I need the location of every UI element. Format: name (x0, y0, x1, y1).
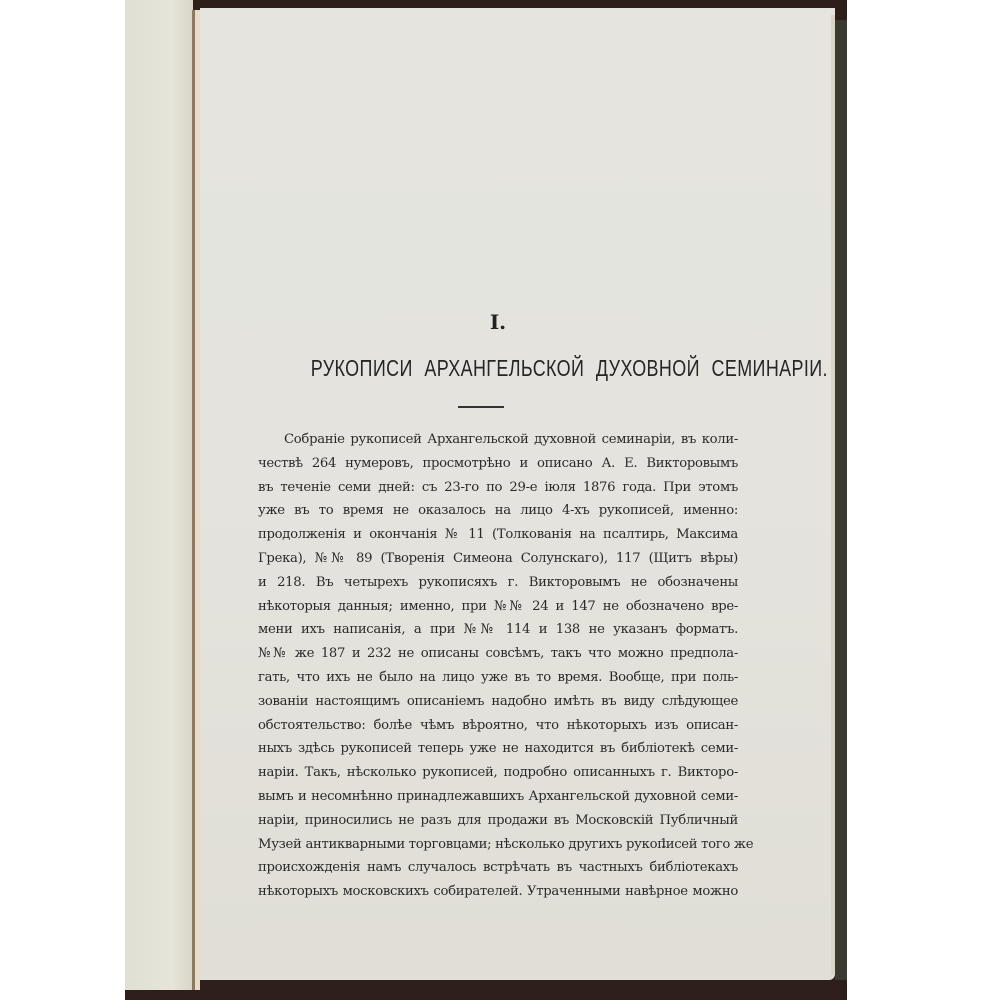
text-line: нѣкоторыя данныя; именно, при №№ 24 и 14… (258, 595, 738, 619)
text-line: въ теченіе семи дней: съ 23-го по 29-е і… (258, 476, 738, 500)
text-line: зованіи настоящимъ описаніемъ надобно им… (258, 690, 738, 714)
text-line: мени ихъ написанія, а при №№ 114 и 138 н… (258, 618, 738, 642)
page-number: 1 (660, 836, 668, 850)
text-line: нѣкоторыхъ московскихъ собирателей. Утра… (258, 880, 738, 904)
text-line: продолженія и окончанія № 11 (Толкованія… (258, 523, 738, 547)
text-line: и 218. Въ четырехъ рукописяхъ г. Викторо… (258, 571, 738, 595)
text-line: вымъ и несомнѣнно принадлежавшихъ Арханг… (258, 785, 738, 809)
body-paragraph: Собраніе рукописей Архангельской духовно… (258, 428, 738, 904)
left-page (125, 0, 193, 990)
text-line: уже въ то время не оказалось на лицо 4-х… (258, 499, 738, 523)
text-line: чествѣ 264 нумеровъ, просмотрѣно и описа… (258, 452, 738, 476)
chapter-number: I. (478, 310, 518, 334)
text-line: ныхъ здѣсь рукописей теперь уже не наход… (258, 737, 738, 761)
text-line: наріи, приносились не разъ для продажи в… (258, 809, 738, 833)
text-line: Собраніе рукописей Архангельской духовно… (258, 428, 738, 452)
text-line: №№ же 187 и 232 не описаны совсѣмъ, такъ… (258, 642, 738, 666)
chapter-title: РУКОПИСИ АРХАНГЕЛЬСКОЙ ДУХОВНОЙ СЕМИНАРІ… (311, 355, 685, 382)
text-line: происхожденія намъ случалось встрѣчать в… (258, 856, 738, 880)
title-rule (458, 406, 504, 408)
text-line: Грека), №№ 89 (Творенія Симеона Солунска… (258, 547, 738, 571)
text-line: гать, что ихъ не было на лицо уже въ то … (258, 666, 738, 690)
book-cover-edge (835, 20, 847, 980)
text-line: наріи. Такъ, нѣсколько рукописей, подроб… (258, 761, 738, 785)
text-line: обстоятельство: болѣе чѣмъ вѣроятно, что… (258, 714, 738, 738)
